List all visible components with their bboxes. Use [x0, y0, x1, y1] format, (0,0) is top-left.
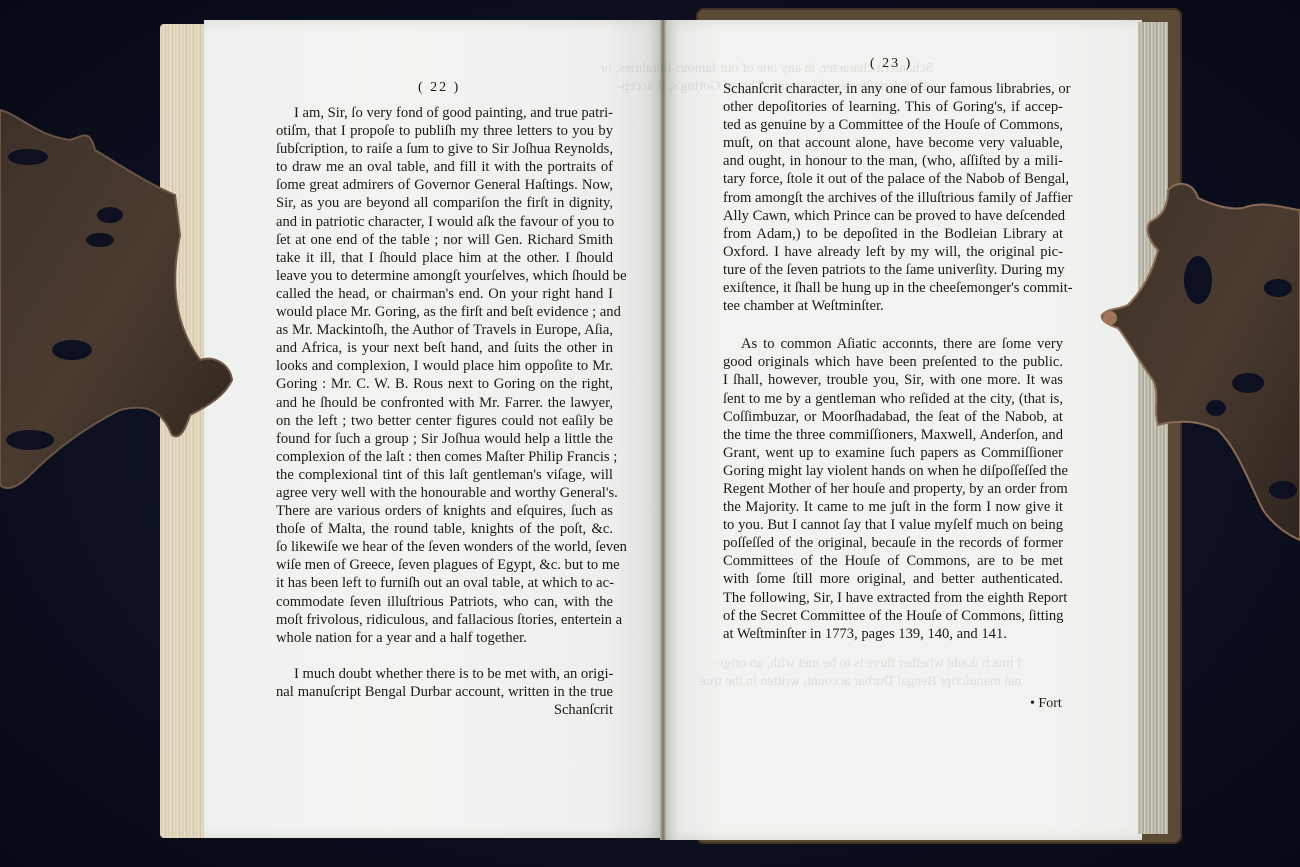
paragraph: I am, Sir, ſo very fond of good painting…	[276, 104, 613, 647]
text-line: whole nation for a year and a half toget…	[276, 629, 613, 647]
right-page-text: Schanſcrit character, in any one of our …	[723, 80, 1063, 643]
text-line: Coſſimbuzar, or Moorſhadabad, the ſeat o…	[723, 408, 1063, 426]
text-line: from Adam,) to be depoſited in the Bodle…	[723, 225, 1063, 243]
text-line: The following, Sir, I have extracted fro…	[723, 589, 1063, 607]
text-line: the complexional tint of this laſt gentl…	[276, 466, 613, 484]
text-line: tee chamber at Weſtminſter.	[723, 297, 1063, 315]
text-line: tary force, ſtole it out of the palace o…	[723, 170, 1063, 188]
text-line: Schanſcrit character, in any one of our …	[723, 80, 1063, 98]
text-line: good originals which have been preſented…	[723, 353, 1063, 371]
text-line: from amongſt the archives of the illuſtr…	[723, 189, 1063, 207]
text-line: with ſome ſtill more original, and bette…	[723, 570, 1063, 588]
text-line: and ought, in honour to the man, (who, a…	[723, 152, 1063, 170]
text-line: exiſtence, it ſhall be hung up in the ch…	[723, 279, 1063, 297]
text-line: thoſe of Malta, the round table, knights…	[276, 520, 613, 538]
text-line: otiſm, that I propoſe to publiſh my thre…	[276, 122, 613, 140]
text-line: found for ſuch a group ; Sir Joſhua woul…	[276, 430, 613, 448]
text-line: the time the three commiſſioners, Maxwel…	[723, 426, 1063, 444]
paragraph: Schanſcrit character, in any one of our …	[723, 80, 1063, 315]
text-line: Goring might lay violent hands on when h…	[723, 462, 1063, 480]
paragraph: I much doubt whether there is to be met …	[276, 665, 613, 701]
page-number-right: ( 23 )	[870, 56, 912, 72]
text-line: ſo likewiſe we hear of the ſeven wonders…	[276, 538, 613, 556]
text-line: at Weſtminſter in 1773, pages 139, 140, …	[723, 625, 1063, 643]
text-line: nal manuſcript Bengal Durbar account, wr…	[276, 683, 613, 701]
catchword-right: • Fort	[1030, 696, 1062, 712]
text-line: would place Mr. Goring, as the firſt and…	[276, 303, 613, 321]
text-line: take it ill, that I ſhould place him at …	[276, 249, 613, 267]
text-line: ture of the ſeven patriots to the ſame u…	[723, 261, 1063, 279]
text-line: other depoſitories of learning. This of …	[723, 98, 1063, 116]
text-line: Ally Cawn, which Prince can be proved to…	[723, 207, 1063, 225]
text-line: I am, Sir, ſo very fond of good painting…	[276, 104, 613, 122]
text-line: on the left ; two better center figures …	[276, 412, 613, 430]
right-page-holder-clip	[1098, 180, 1300, 545]
paragraph: As to common Aſiatic acconnts, there are…	[723, 335, 1063, 643]
left-page-text: I am, Sir, ſo very fond of good painting…	[276, 104, 613, 719]
text-line: moſt frivolous, ridiculous, and fallacio…	[276, 611, 613, 629]
text-line: I ſhall, however, trouble you, Sir, with…	[723, 371, 1063, 389]
text-line: Sir, as you are beyond all compariſon th…	[276, 194, 613, 212]
text-line: poſſeſſed of the original, becauſe in th…	[723, 534, 1063, 552]
text-line: complexion of the laſt : then comes Maſt…	[276, 448, 613, 466]
text-line: Grant, went up to examine ſuch papers as…	[723, 444, 1063, 462]
text-line: as Mr. Mackintoſh, the Author of Travels…	[276, 321, 613, 339]
text-line: Regent Mother of her houſe and property,…	[723, 480, 1063, 498]
text-line: to draw me an oval table, and fill it wi…	[276, 158, 613, 176]
text-line: Oxford. I have already left by my will, …	[723, 243, 1063, 261]
text-line: commodate ſeven illuſtrious Patriots, wh…	[276, 593, 613, 611]
left-page-holder-clip	[0, 105, 240, 495]
text-line: looks and complexion, I would place him …	[276, 357, 613, 375]
text-line: and he ſhould be confronted with Mr. Far…	[276, 394, 613, 412]
book-gutter	[660, 20, 666, 840]
text-line: ſent to me by a gentleman who reſided at…	[723, 390, 1063, 408]
text-line: ſet at one end of the table ; nor will G…	[276, 231, 613, 249]
text-line: muſt, on that account alone, have become…	[723, 134, 1063, 152]
text-line: Goring : Mr. C. W. B. Rous next to Gorin…	[276, 375, 613, 393]
text-line: ted as genuine by a Committee of the Hou…	[723, 116, 1063, 134]
page-number-left: ( 22 )	[418, 80, 460, 96]
text-line: As to common Aſiatic acconnts, there are…	[723, 335, 1063, 353]
text-line: I much doubt whether there is to be met …	[276, 665, 613, 683]
text-line: and Africa, is your next beſt hand, and …	[276, 339, 613, 357]
text-line: wiſe men of Greece, ſeven plagues of Egy…	[276, 556, 613, 574]
show-through-text-bottom: I much doubt whether there is to be met …	[700, 655, 1022, 691]
text-line: to you. But I cannot ſay that I value my…	[723, 516, 1063, 534]
text-line: leave you to determine amongſt yourſelve…	[276, 267, 613, 285]
text-line: and in patriotic character, I would aſk …	[276, 213, 613, 231]
text-line: of the Secret Committee of the Houſe of …	[723, 607, 1063, 625]
text-line: it has been left to furniſh out an oval …	[276, 574, 613, 592]
text-line: ſome great admirers of Governor General …	[276, 176, 613, 194]
text-line: called the head, or chairman's end. On y…	[276, 285, 613, 303]
text-line: agree very well with the honourable and …	[276, 484, 613, 502]
open-book: Schanſcrit character, in any one of our …	[0, 0, 1300, 867]
text-line: the Majority. It came to me juſt in the …	[723, 498, 1063, 516]
text-line: There are various orders of knights and …	[276, 502, 613, 520]
text-line: ſubſcription, to raiſe a ſum to give to …	[276, 140, 613, 158]
text-line: Committees of the Houſe of Commons, are …	[723, 552, 1063, 570]
catchword-left: Schanſcrit	[276, 701, 613, 719]
